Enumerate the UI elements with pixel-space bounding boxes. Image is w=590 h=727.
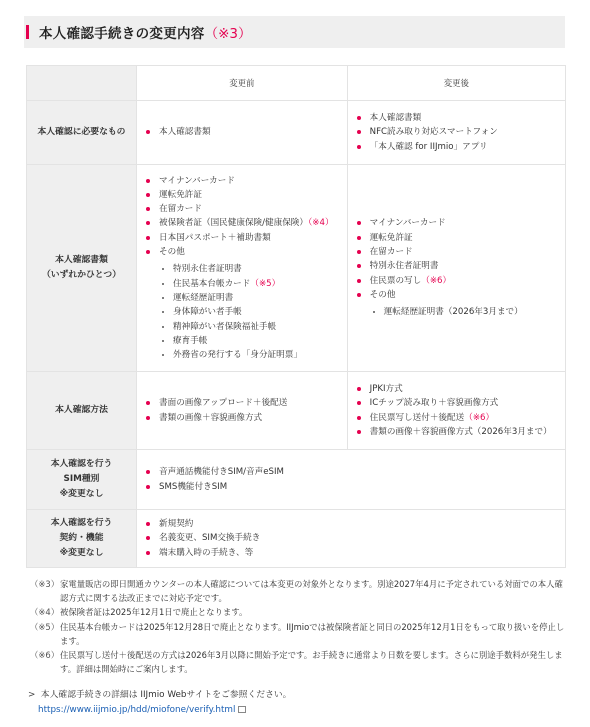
after-cell: 本人確認書類 NFC読み取り対応スマートフォン 「本人確認 for IIJmio… [347, 101, 565, 165]
list-item: 書面の画像アップロード＋後配送 [145, 396, 339, 410]
list-item: 書類の画像＋容貌画像方式 [145, 411, 339, 425]
sub-list-item: 精神障がい者保険福祉手帳 [159, 320, 339, 334]
row-label: 本人確認に必要なもの [27, 101, 137, 165]
row-label: 本人確認書類 （いずれかひとつ） [27, 165, 137, 372]
list-item: 名義変更、SIM交換手続き [145, 531, 557, 545]
list-item: 被保険者証（国民健康保険/健康保険）（※4） [145, 216, 339, 230]
sub-list: 運転経歴証明書（2026年3月まで） [370, 305, 557, 319]
footnote-ref: （※4） [308, 218, 334, 228]
list-item: 運転免許証 [145, 188, 339, 202]
row-label: 本人確認方法 [27, 372, 137, 450]
table-row: 本人確認書類 （いずれかひとつ） マイナンバーカード 運転免許証 在留カード 被… [27, 165, 566, 372]
before-cell: 本人確認書類 [137, 101, 348, 165]
footnote: （※6）住民票写し送付＋後配送の方式は2026年3月以降に開始予定です。お手続き… [30, 648, 570, 676]
after-cell: JPKI方式 ICチップ読み取り＋容貌画像方式 住民票写し送付＋後配送（※6） … [347, 372, 565, 450]
sub-list-item: 療育手帳 [159, 334, 339, 348]
sub-list-item: 身体障がい者手帳 [159, 305, 339, 319]
section-heading: 本人確認手続きの変更内容 （※3） [24, 16, 565, 48]
list-item: JPKI方式 [356, 382, 557, 396]
external-link-icon [238, 706, 246, 713]
sub-list-item: 外務省の発行する「身分証明票」 [159, 348, 339, 362]
list-item: 本人確認書類 [145, 125, 339, 139]
list-item: 新規契約 [145, 517, 557, 531]
accent-bar [26, 25, 29, 39]
row-label: 本人確認を行う SIM種別 ※変更なし [27, 450, 137, 510]
list-item: 運転免許証 [356, 231, 557, 245]
footnote-ref: （※5） [250, 279, 280, 289]
list-item: SMS機能付きSIM [145, 480, 557, 494]
footnotes: （※3）家電量販店の即日開通カウンターの本人確認については本変更の対象外となりま… [30, 577, 570, 676]
chevron-right-icon: > [28, 688, 38, 703]
footnote: （※4）被保険者証は2025年12月1日で廃止となります。 [30, 605, 570, 619]
list-item: マイナンバーカード [356, 216, 557, 230]
reference-link-block: > 本人確認手続きの詳細は IIJmio Webサイトをご参照ください。 htt… [28, 688, 291, 718]
column-header-before: 変更前 [137, 66, 348, 101]
sub-list: 特別永住者証明書 住民基本台帳カード（※5） 運転経歴証明書 身体障がい者手帳 … [159, 262, 339, 362]
list-item: 在留カード [356, 245, 557, 259]
list-item: 日本国パスポート＋補助書類 [145, 231, 339, 245]
list-item: その他 特別永住者証明書 住民基本台帳カード（※5） 運転経歴証明書 身体障がい… [145, 245, 339, 362]
list-item: ICチップ読み取り＋容貌画像方式 [356, 396, 557, 410]
table-row: 本人確認方法 書面の画像アップロード＋後配送 書類の画像＋容貌画像方式 JPKI… [27, 372, 566, 450]
list-item: その他 運転経歴証明書（2026年3月まで） [356, 288, 557, 320]
table-row: 本人確認に必要なもの 本人確認書類 本人確認書類 NFC読み取り対応スマートフォ… [27, 101, 566, 165]
list-item: 住民票写し送付＋後配送（※6） [356, 411, 557, 425]
list-item: 特別永住者証明書 [356, 259, 557, 273]
section-note: （※3） [205, 22, 252, 42]
merged-cell: 音声通話機能付きSIM/音声eSIM SMS機能付きSIM [137, 450, 566, 510]
before-cell: マイナンバーカード 運転免許証 在留カード 被保険者証（国民健康保険/健康保険）… [137, 165, 348, 372]
table-row: 本人確認を行う 契約・機能 ※変更なし 新規契約 名義変更、SIM交換手続き 端… [27, 510, 566, 568]
before-cell: 書面の画像アップロード＋後配送 書類の画像＋容貌画像方式 [137, 372, 348, 450]
footnote-ref: （※6） [421, 276, 451, 286]
sub-list-item: 住民基本台帳カード（※5） [159, 277, 339, 291]
verify-page-link[interactable]: https://www.iijmio.jp/hdd/miofone/verify… [38, 705, 235, 715]
column-header-after: 変更後 [347, 66, 565, 101]
list-item: 「本人確認 for IIJmio」アプリ [356, 140, 557, 154]
footnote: （※5）住民基本台帳カードは2025年12月28日で廃止となります。IIJmio… [30, 620, 570, 648]
reference-text: 本人確認手続きの詳細は IIJmio Webサイトをご参照ください。 [41, 690, 292, 700]
list-item: 書類の画像＋容貌画像方式（2026年3月まで） [356, 425, 557, 439]
list-item: 在留カード [145, 202, 339, 216]
list-item: マイナンバーカード [145, 174, 339, 188]
merged-cell: 新規契約 名義変更、SIM交換手続き 端末購入時の手続き、等 [137, 510, 566, 568]
list-item: 端末購入時の手続き、等 [145, 546, 557, 560]
after-cell: マイナンバーカード 運転免許証 在留カード 特別永住者証明書 住民票の写し（※6… [347, 165, 565, 372]
list-item: NFC読み取り対応スマートフォン [356, 125, 557, 139]
sub-list-item: 特別永住者証明書 [159, 262, 339, 276]
table-row: 本人確認を行う SIM種別 ※変更なし 音声通話機能付きSIM/音声eSIM S… [27, 450, 566, 510]
table-header-row: 変更前 変更後 [27, 66, 566, 101]
footnote: （※3）家電量販店の即日開通カウンターの本人確認については本変更の対象外となりま… [30, 577, 570, 605]
sub-list-item: 運転経歴証明書 [159, 291, 339, 305]
row-label: 本人確認を行う 契約・機能 ※変更なし [27, 510, 137, 568]
list-item: 本人確認書類 [356, 111, 557, 125]
list-item: 住民票の写し（※6） [356, 274, 557, 288]
comparison-table: 変更前 変更後 本人確認に必要なもの 本人確認書類 本人確認書類 NFC読み取り… [26, 65, 566, 568]
footnote-ref: （※6） [464, 413, 494, 423]
section-title: 本人確認手続きの変更内容 [39, 22, 205, 42]
list-item: 音声通話機能付きSIM/音声eSIM [145, 465, 557, 479]
sub-list-item: 運転経歴証明書（2026年3月まで） [370, 305, 557, 319]
corner-cell [27, 66, 137, 101]
